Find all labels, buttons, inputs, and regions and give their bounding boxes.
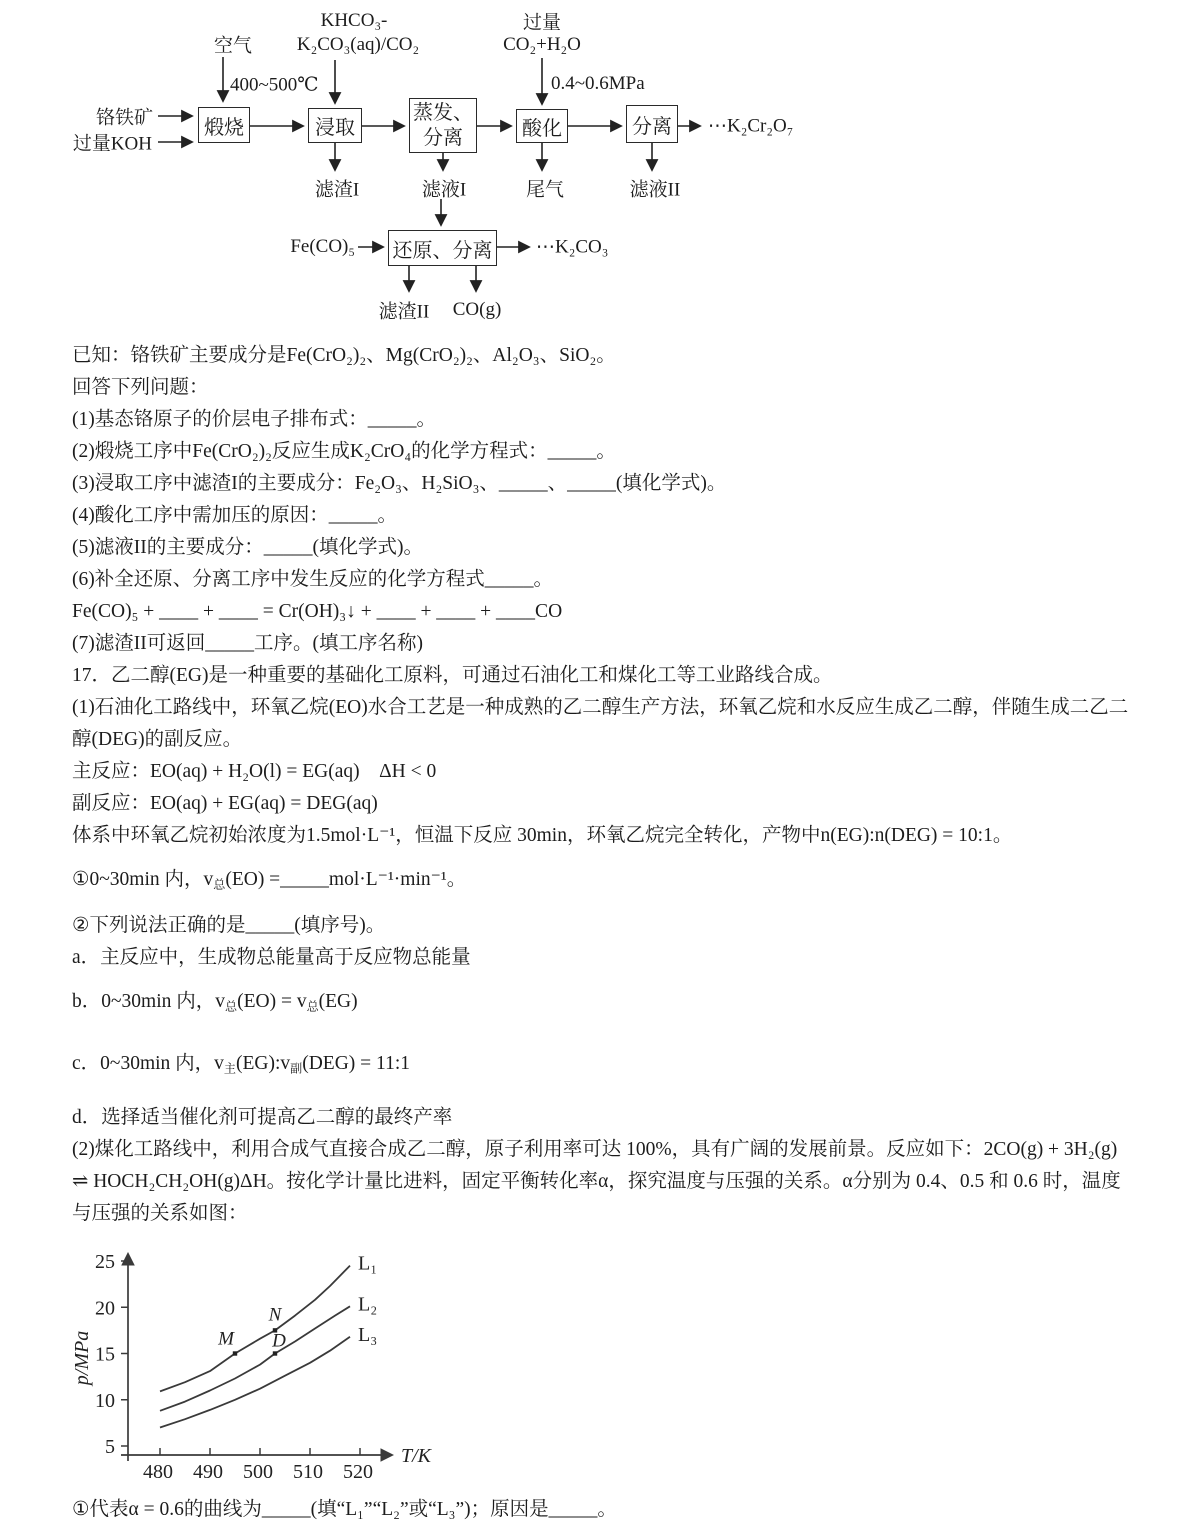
chart-series-label: L₁ [358,1253,377,1275]
option-a: a．主反应中，生成物总能量高于反应物总能量 [72,942,1130,974]
chart-point-M [233,1351,237,1355]
label-product-k2co3: ⋯K₂CO₃ [536,236,608,259]
chart-xtick-label: 490 [193,1461,223,1483]
chart-ytick-label: 20 [95,1297,115,1319]
known-composition: 已知：铬铁矿主要成分是Fe(CrO₂)₂、Mg(CrO₂)₂、Al₂O₃、SiO… [72,340,1130,372]
question-1: (1)基态铬原子的价层电子排布式：_____。 [72,404,1130,436]
label-product-k2cr2o7: ⋯K₂Cr₂O₇ [708,115,793,138]
chart-question: ①代表α = 0.6的曲线为_____(填“L₁”“L₂”或“L₃”)；原因是_… [72,1494,1130,1526]
label-k2co3-solution: K₂CO₃(aq)/CO₂ [297,34,419,56]
label-chromite-ore: 铬铁矿 [96,103,153,130]
option-b: b．0~30min 内，v总(EO) = v总(EG) [72,986,1130,1018]
chart-curve [160,1337,350,1428]
question-3: (3)浸取工序中滤渣I的主要成分：Fe₂O₃、H₂SiO₃、_____、____… [72,468,1130,500]
process-box-calcination: 煅烧 [198,107,250,143]
chart-series-label: L₃ [358,1324,377,1346]
label-air: 空气 [214,31,252,58]
process-box-reduction-separation: 还原、分离 [388,230,497,266]
question-17-intro: 17．乙二醇(EG)是一种重要的基础化工原料，可通过石油化工和煤化工等工业路线合… [72,660,1130,692]
chart-canvas: 510152025480490500510520L₁L₂L₃MNDT/Kp/MP… [58,1238,498,1490]
chart-point-D [273,1351,277,1355]
label-iron-carbonyl: Fe(CO)₅ [290,236,355,258]
chart-ytick-label: 5 [105,1436,115,1458]
chart-xtick-label: 510 [293,1461,323,1483]
question-2: (2)煅烧工序中Fe(CrO₂)₂反应生成K₂CrO₄的化学方程式：_____。 [72,436,1130,468]
question-17-sub1: ①0~30min 内，v总(EO) =_____mol·L⁻¹·min⁻¹。 [72,864,1130,896]
process-box-leaching: 浸取 [308,108,362,143]
chart-curve [160,1306,350,1411]
chart-ytick-label: 25 [95,1251,115,1273]
system-info: 体系中环氧乙烷初始浓度为1.5mol·L⁻¹，恒温下反应 30min，环氧乙烷完… [72,820,1130,852]
question-17-part1: (1)石油化工路线中，环氧乙烷(EO)水合工艺是一种成熟的乙二醇生产方法，环氧乙… [72,692,1130,756]
label-pressure-condition: 0.4~0.6MPa [551,73,645,95]
chart-xtick-label: 500 [243,1461,273,1483]
chart-ytick-label: 15 [95,1344,115,1366]
label-filtrate-2: 滤液II [630,175,681,202]
process-box-evaporation-separation: 蒸发、 分离 [409,98,477,153]
chart-question-block: ①代表α = 0.6的曲线为_____(填“L₁”“L₂”或“L₃”)；原因是_… [0,1490,1190,1526]
chart-point-label: D [271,1331,286,1352]
label-excess-koh: 过量KOH [73,129,152,156]
label-temperature-condition: 400~500℃ [230,74,319,97]
question-17-part2: (2)煤化工路线中，利用合成气直接合成乙二醇，原子利用率可达 100%，具有广阔… [72,1134,1130,1230]
chart-curve [160,1266,350,1392]
question-6: (6)补全还原、分离工序中发生反应的化学方程式_____。 [72,564,1130,596]
chart-ytick-label: 10 [95,1390,115,1412]
label-co-gas: CO(g) [453,299,502,321]
exam-page: 煅烧 浸取 蒸发、 分离 酸化 分离 还原、分离 空气 KHCO₃- K₂CO₃… [0,0,1190,1538]
label-excess: 过量 [523,8,561,35]
process-box-acidification: 酸化 [516,109,568,143]
label-filtrate-1: 滤液I [422,175,466,202]
process-flowchart: 煅烧 浸取 蒸发、 分离 酸化 分离 还原、分离 空气 KHCO₃- K₂CO₃… [0,0,1190,336]
option-d: d．选择适当催化剂可提高乙二醇的最终产率 [72,1102,1130,1134]
chart-xlabel: T/K [401,1445,433,1467]
chart-ylabel: p/MPa [71,1331,93,1387]
label-tail-gas: 尾气 [526,175,564,202]
question-17-sub2: ②下列说法正确的是_____(填序号)。 [72,910,1130,942]
pressure-temperature-chart: 510152025480490500510520L₁L₂L₃MNDT/Kp/MP… [58,1238,498,1490]
label-khco3: KHCO₃- [321,10,388,32]
question-text-block: 已知：铬铁矿主要成分是Fe(CrO₂)₂、Mg(CrO₂)₂、Al₂O₃、SiO… [0,336,1190,1230]
chart-point-label: M [217,1329,235,1350]
question-6-equation: Fe(CO)₅ + ____ + ____ = Cr(OH)₃↓ + ____ … [72,596,1130,628]
chart-xtick-label: 520 [343,1461,373,1483]
label-residue-1: 滤渣I [315,175,359,202]
question-4: (4)酸化工序中需加压的原因：_____。 [72,500,1130,532]
option-c: c．0~30min 内，v主(EG):v副(DEG) = 11:1 [72,1048,1130,1080]
answer-prompt: 回答下列问题： [72,372,1130,404]
process-box-separation: 分离 [626,105,678,143]
question-5: (5)滤液II的主要成分：_____(填化学式)。 [72,532,1130,564]
main-reaction: 主反应：EO(aq) + H₂O(l) = EG(aq) ΔH < 0 [72,756,1130,788]
chart-point-label: N [268,1304,283,1325]
chart-xtick-label: 480 [143,1461,173,1483]
chart-series-label: L₂ [358,1293,377,1315]
side-reaction: 副反应：EO(aq) + EG(aq) = DEG(aq) [72,788,1130,820]
label-residue-2: 滤渣II [379,297,430,324]
question-7: (7)滤渣II可返回_____工序。(填工序名称) [72,628,1130,660]
label-co2-h2o: CO₂+H₂O [503,34,581,56]
flowchart-arrows-layer [0,0,1190,336]
